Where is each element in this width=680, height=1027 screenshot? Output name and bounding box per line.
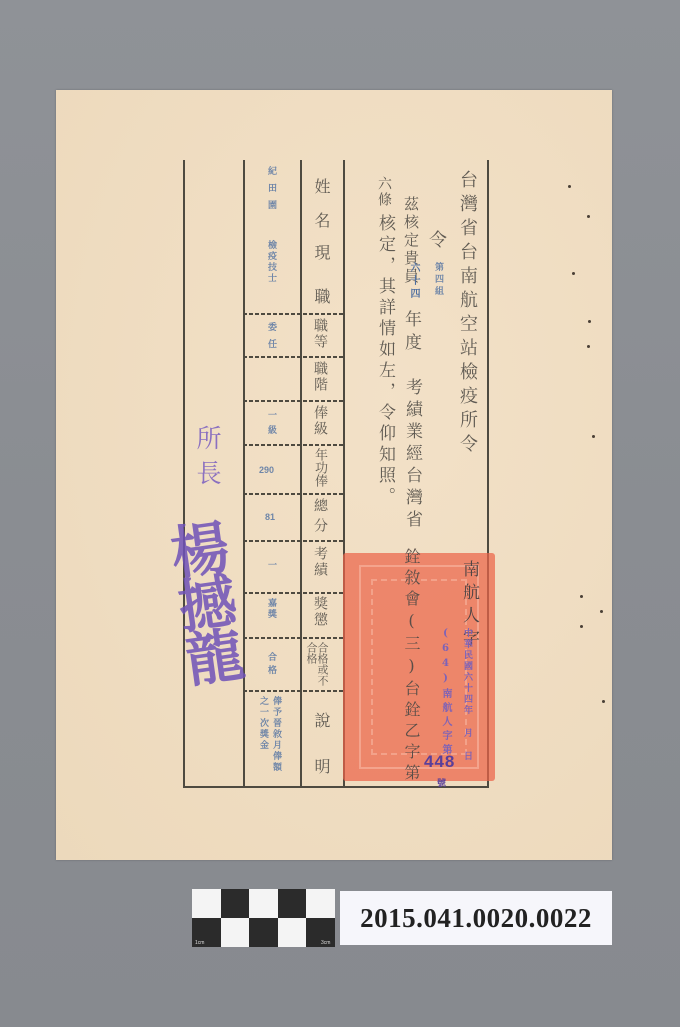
header-reward: 獎懲 (313, 596, 327, 628)
value-reward: 嘉獎 (266, 598, 275, 620)
header-grade: 職等 (313, 318, 327, 350)
header-qualified: 合格或不合格 (306, 642, 328, 688)
stamp-date-line: 中華民國六十四年 月 日 (462, 628, 471, 762)
recipient-stamp: 第四組 (433, 262, 442, 298)
color-calibration-bar (192, 889, 335, 947)
stamp-code-line: (64)南航人字第 (440, 628, 450, 758)
header-merit-salary: 年功俸 (313, 448, 326, 487)
header-rank: 職階 (313, 361, 327, 393)
table-rule-col1 (243, 160, 245, 788)
value-position: 檢疫技士 (266, 240, 275, 284)
issuer-title: 台灣省台南航空站檢疫所令 (458, 170, 476, 458)
table-rule-col2 (300, 160, 302, 788)
value-grade: 委任 (266, 322, 275, 356)
header-name: 姓名 (313, 178, 329, 246)
body-line-3: 銓敘會(三)台銓乙字第 (403, 548, 419, 785)
value-remarks: 俸予晉敘月俸額之一次獎金 (256, 696, 282, 780)
value-merit-salary: 290 (259, 465, 274, 475)
header-evaluation: 考績 (313, 546, 327, 578)
body-line-2: 核定，其詳情如左，令仰知照。 (376, 214, 393, 508)
value-total-score: 81 (265, 512, 275, 522)
body-line-1-year: 年度 (402, 310, 419, 356)
value-name: 紀田園 (266, 166, 275, 217)
value-qualified: 合格 (266, 652, 275, 678)
table-rule-left (183, 160, 185, 788)
header-total-score: 總分 (313, 498, 327, 538)
header-remarks: 說明 (313, 712, 329, 804)
order-char-small: 令 (427, 230, 445, 252)
director-title: 所長 (195, 425, 220, 495)
document-paper (56, 90, 612, 860)
scale-label-left: 1cm (195, 940, 204, 946)
body-line-2-prefix: 六條 (377, 176, 391, 208)
header-salary-level: 俸級 (313, 405, 327, 437)
body-line-1-rest: 考績業經台灣省 (403, 378, 420, 532)
value-evaluation: 一 (266, 560, 275, 572)
year-stamp: 六十四 (408, 262, 418, 301)
stamp-serial-suffix: 號 (437, 776, 446, 789)
value-salary-level: 一級 (266, 410, 275, 440)
catalog-id-label: 2015.041.0020.0022 (340, 891, 612, 945)
stamp-serial-number: 448 (424, 752, 455, 772)
scale-label-right: 3cm (321, 940, 330, 946)
